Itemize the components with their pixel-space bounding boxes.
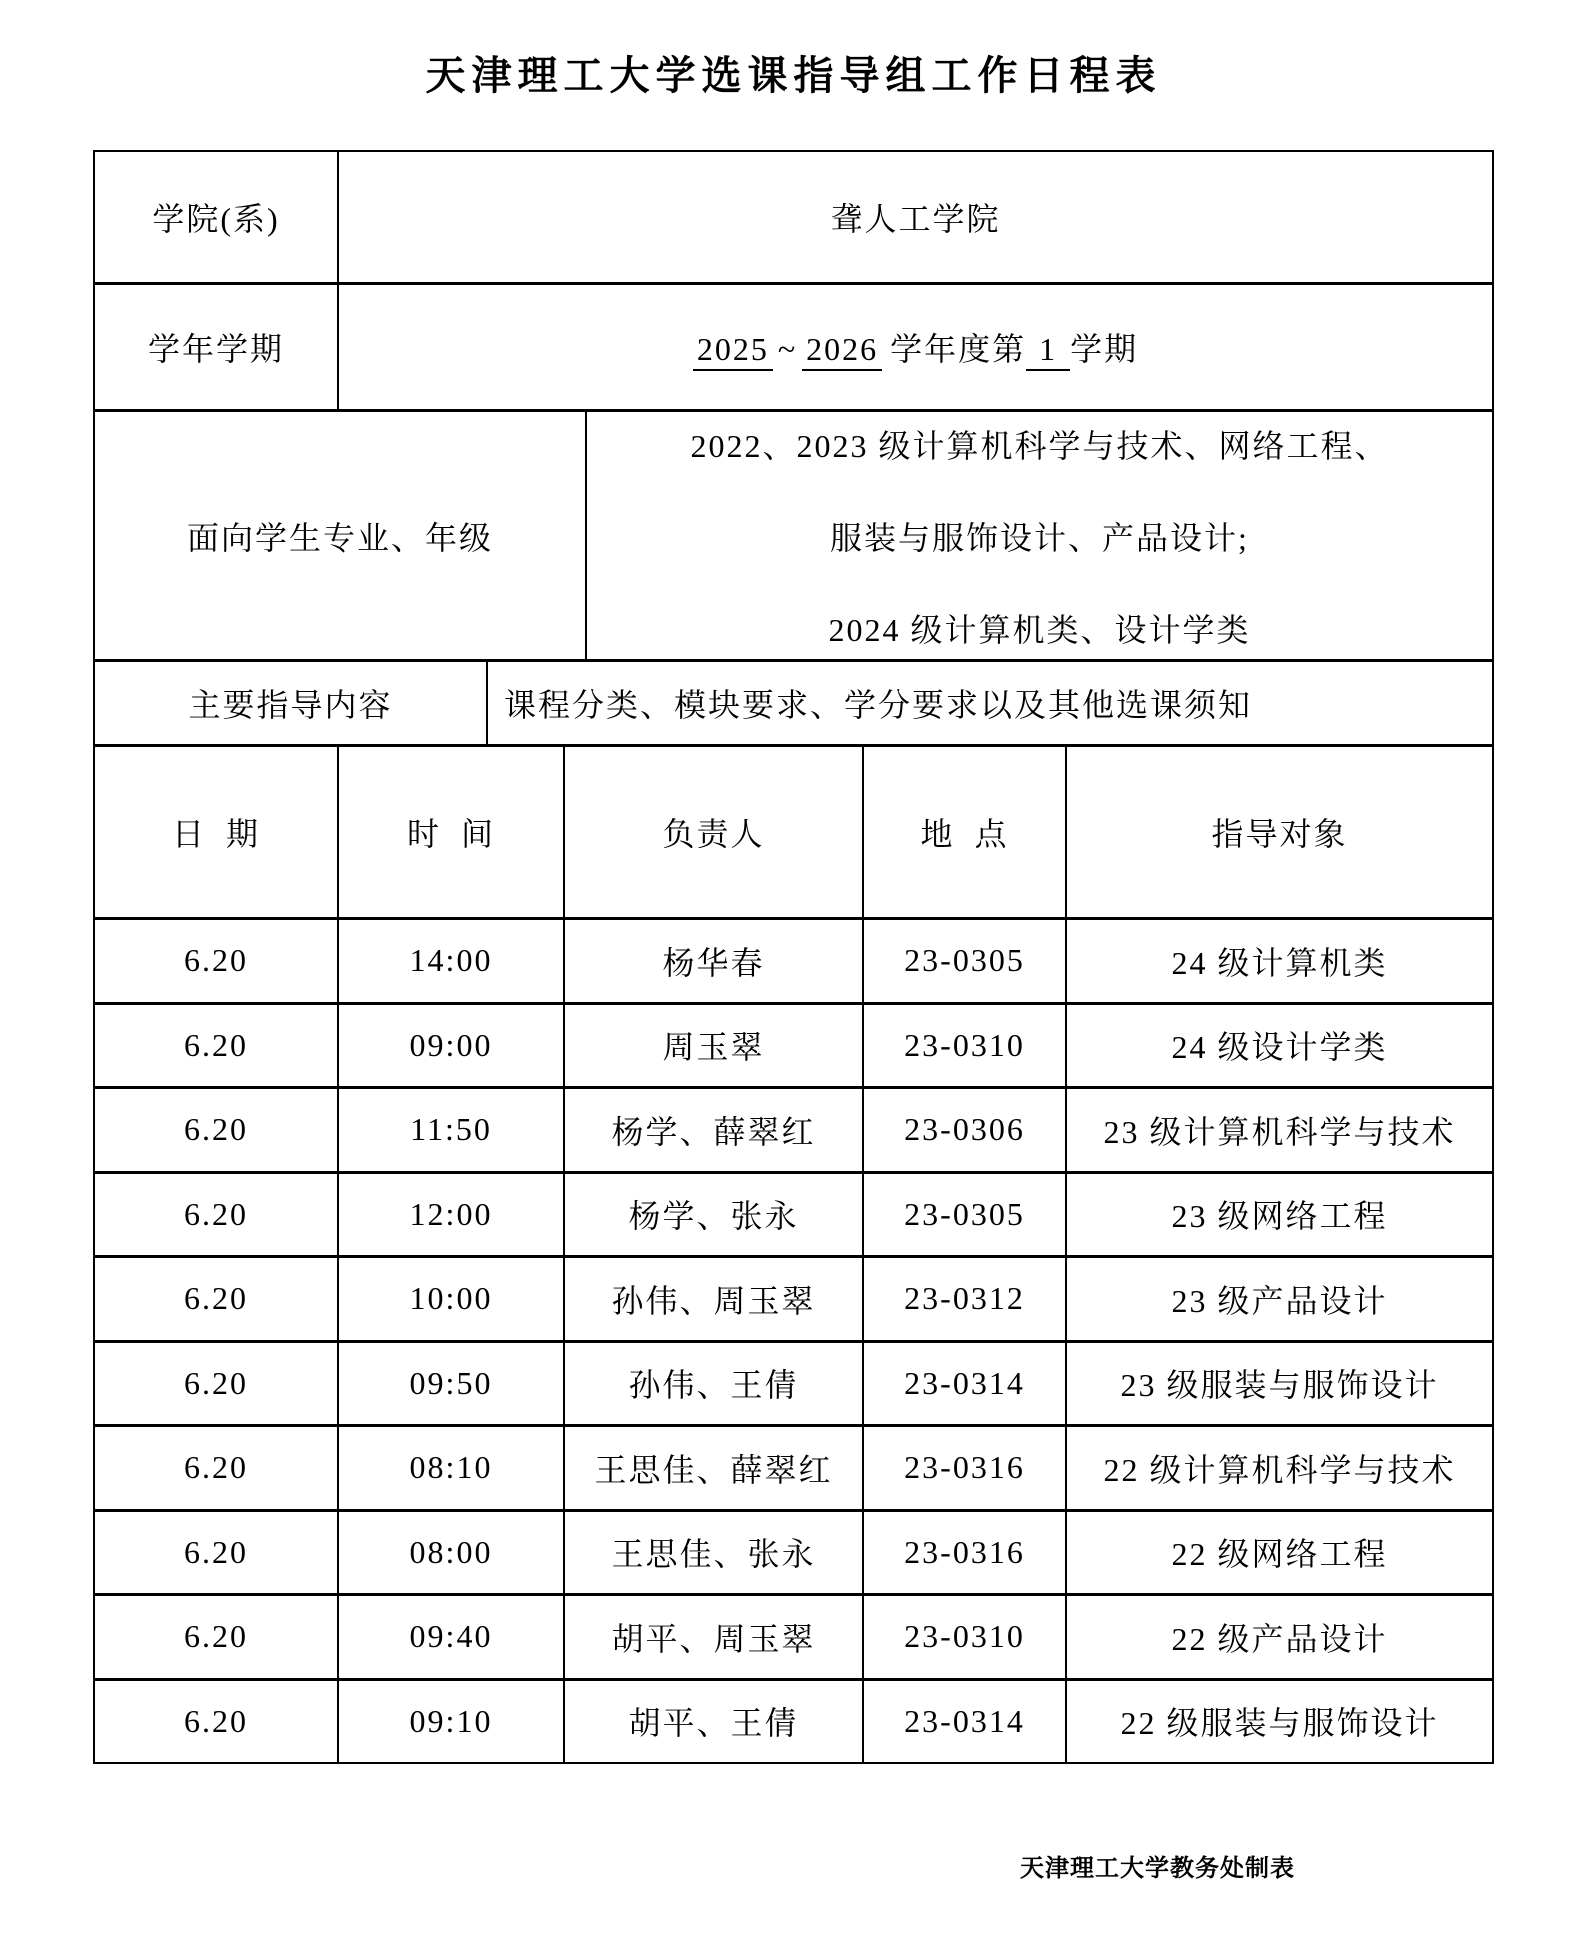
cell-location: 23-0316 [862,1427,1065,1509]
schedule-row: 6.20 09:00 周玉翠 23-0310 24 级设计学类 [95,1002,1492,1087]
document-title: 天津理工大学选课指导组工作日程表 [0,44,1587,101]
cell-time: 10:00 [337,1258,563,1340]
semester-mid-text: 学年度第 [882,331,1026,367]
info-row-majors: 面向学生专业、年级 2022、2023 级计算机科学与技术、网络工程、 服装与服… [95,409,1492,659]
schedule-row: 6.20 14:00 杨华春 23-0305 24 级计算机类 [95,917,1492,1002]
cell-date: 6.20 [95,1089,337,1171]
majors-line-1: 2022、2023 级计算机科学与技术、网络工程、 [690,421,1388,467]
info-row-semester: 学年学期 2025~2026学年度第1学期 [95,282,1492,409]
cell-person: 胡平、王倩 [563,1681,862,1763]
cell-audience: 23 级计算机科学与技术 [1065,1089,1492,1171]
cell-audience: 22 级网络工程 [1065,1512,1492,1594]
cell-audience: 23 级产品设计 [1065,1258,1492,1340]
schedule-row: 6.20 08:10 王思佳、薛翠红 23-0316 22 级计算机科学与技术 [95,1424,1492,1509]
college-label-cell: 学院(系) [95,152,337,282]
semester-tilde: ~ [773,331,802,367]
header-cell-audience: 指导对象 [1065,747,1492,917]
cell-person: 杨学、张永 [563,1174,862,1256]
guidance-label-cell: 主要指导内容 [95,662,486,744]
cell-person: 孙伟、周玉翠 [563,1258,862,1340]
majors-value-cell: 2022、2023 级计算机科学与技术、网络工程、 服装与服饰设计、产品设计; … [585,412,1492,659]
schedule-row: 6.20 09:40 胡平、周玉翠 23-0310 22 级产品设计 [95,1593,1492,1678]
cell-time: 14:00 [337,920,563,1002]
cell-time: 08:10 [337,1427,563,1509]
semester-value-text: 2025~2026学年度第1学期 [693,324,1138,370]
cell-person: 周玉翠 [563,1005,862,1087]
cell-location: 23-0305 [862,920,1065,1002]
cell-date: 6.20 [95,1596,337,1678]
cell-location: 23-0305 [862,1174,1065,1256]
cell-audience: 24 级设计学类 [1065,1005,1492,1087]
guidance-value-cell: 课程分类、模块要求、学分要求以及其他选课须知 [486,662,1492,744]
cell-date: 6.20 [95,1512,337,1594]
cell-time: 12:00 [337,1174,563,1256]
schedule-row: 6.20 08:00 王思佳、张永 23-0316 22 级网络工程 [95,1509,1492,1594]
cell-audience: 22 级计算机科学与技术 [1065,1427,1492,1509]
cell-location: 23-0310 [862,1596,1065,1678]
cell-audience: 22 级产品设计 [1065,1596,1492,1678]
cell-audience: 23 级网络工程 [1065,1174,1492,1256]
cell-time: 09:00 [337,1005,563,1087]
semester-value-cell: 2025~2026学年度第1学期 [337,285,1492,409]
college-value-cell: 聋人工学院 [337,152,1492,282]
cell-person: 王思佳、薛翠红 [563,1427,862,1509]
cell-date: 6.20 [95,1005,337,1087]
cell-date: 6.20 [95,1258,337,1340]
cell-date: 6.20 [95,920,337,1002]
cell-time: 09:40 [337,1596,563,1678]
cell-time: 11:50 [337,1089,563,1171]
cell-person: 孙伟、王倩 [563,1343,862,1425]
schedule-row: 6.20 10:00 孙伟、周玉翠 23-0312 23 级产品设计 [95,1255,1492,1340]
cell-date: 6.20 [95,1343,337,1425]
cell-audience: 22 级服装与服饰设计 [1065,1681,1492,1763]
majors-label-cell: 面向学生专业、年级 [95,412,585,659]
schedule-row: 6.20 12:00 杨学、张永 23-0305 23 级网络工程 [95,1171,1492,1256]
semester-year-end: 2026 [802,331,882,371]
majors-lines: 2022、2023 级计算机科学与技术、网络工程、 服装与服饰设计、产品设计; … [587,421,1492,651]
footer-note: 天津理工大学教务处制表 [1020,1848,1295,1883]
schedule-row: 6.20 09:50 孙伟、王倩 23-0314 23 级服装与服饰设计 [95,1340,1492,1425]
cell-date: 6.20 [95,1681,337,1763]
cell-location: 23-0314 [862,1681,1065,1763]
semester-suffix-text: 学期 [1070,331,1138,367]
info-row-college: 学院(系) 聋人工学院 [95,152,1492,282]
cell-audience: 23 级服装与服饰设计 [1065,1343,1492,1425]
cell-location: 23-0310 [862,1005,1065,1087]
schedule-header-row: 日 期 时 间 负责人 地 点 指导对象 [95,744,1492,917]
cell-person: 胡平、周玉翠 [563,1596,862,1678]
header-cell-location: 地 点 [862,747,1065,917]
cell-location: 23-0306 [862,1089,1065,1171]
header-cell-date: 日 期 [95,747,337,917]
cell-audience: 24 级计算机类 [1065,920,1492,1002]
cell-person: 杨华春 [563,920,862,1002]
semester-year-start: 2025 [693,331,773,371]
header-cell-person: 负责人 [563,747,862,917]
cell-date: 6.20 [95,1174,337,1256]
cell-location: 23-0312 [862,1258,1065,1340]
majors-line-2: 服装与服饰设计、产品设计; [830,513,1249,559]
cell-time: 09:50 [337,1343,563,1425]
majors-line-3: 2024 级计算机类、设计学类 [828,605,1250,651]
cell-date: 6.20 [95,1427,337,1509]
cell-time: 08:00 [337,1512,563,1594]
info-row-guidance: 主要指导内容 课程分类、模块要求、学分要求以及其他选课须知 [95,659,1492,744]
semester-label-cell: 学年学期 [95,285,337,409]
schedule-row: 6.20 09:10 胡平、王倩 23-0314 22 级服装与服饰设计 [95,1678,1492,1763]
schedule-table: 学院(系) 聋人工学院 学年学期 2025~2026学年度第1学期 面向学生专业… [93,150,1494,1764]
header-cell-time: 时 间 [337,747,563,917]
cell-location: 23-0316 [862,1512,1065,1594]
cell-location: 23-0314 [862,1343,1065,1425]
cell-person: 杨学、薛翠红 [563,1089,862,1171]
cell-person: 王思佳、张永 [563,1512,862,1594]
schedule-row: 6.20 11:50 杨学、薛翠红 23-0306 23 级计算机科学与技术 [95,1086,1492,1171]
semester-term-number: 1 [1026,331,1070,371]
cell-time: 09:10 [337,1681,563,1763]
